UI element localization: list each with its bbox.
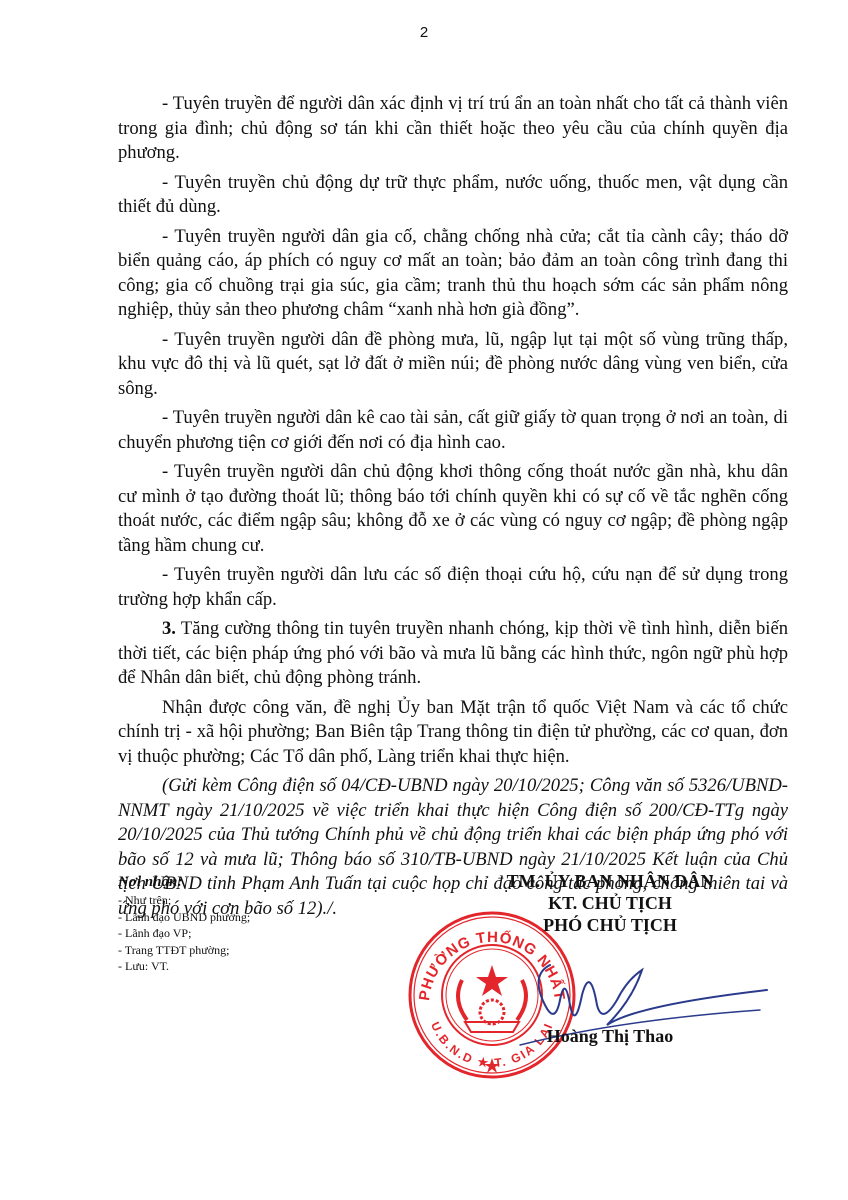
paragraph-text: Tăng cường thông tin tuyên truyền nhanh … [118, 618, 788, 688]
recipient-item: - Lưu: VT. [118, 958, 378, 975]
paragraph: - Tuyên truyền chủ động dự trữ thực phẩm… [118, 171, 788, 220]
paragraph: - Tuyên truyền người dân kê cao tài sản,… [118, 406, 788, 455]
signature-line-1: TM. ỦY BAN NHÂN DÂN [440, 870, 780, 892]
paragraph: - Tuyên truyền người dân chủ động khơi t… [118, 460, 788, 558]
paragraph: - Tuyên truyền người dân lưu các số điện… [118, 563, 788, 612]
recipient-item: - Như trên; [118, 892, 378, 909]
section-number: 3. [162, 618, 176, 639]
recipient-item: - Lãnh đạo VP; [118, 925, 378, 942]
signature-line-2: KT. CHỦ TỊCH [440, 892, 780, 914]
recipients-title: Nơi nhận: [118, 874, 378, 891]
recipient-item: - Trang TTĐT phường; [118, 942, 378, 959]
recipient-item: - Lãnh đạo UBND phường; [118, 909, 378, 926]
recipients-block: Nơi nhận: - Như trên; - Lãnh đạo UBND ph… [118, 874, 378, 975]
paragraph: - Tuyên truyền người dân gia cố, chằng c… [118, 225, 788, 323]
numbered-paragraph: 3. Tăng cường thông tin tuyên truyền nha… [118, 617, 788, 691]
signature-line-3: PHÓ CHỦ TỊCH [440, 914, 780, 936]
page-number: 2 [0, 24, 848, 41]
signature-block: TM. ỦY BAN NHÂN DÂN KT. CHỦ TỊCH PHÓ CHỦ… [440, 870, 780, 936]
paragraph: - Tuyên truyền người dân đề phòng mưa, l… [118, 328, 788, 402]
document-body: - Tuyên truyền để người dân xác định vị … [118, 92, 788, 926]
paragraph: Nhận được công văn, đề nghị Ủy ban Mặt t… [118, 696, 788, 770]
paragraph: - Tuyên truyền để người dân xác định vị … [118, 92, 788, 166]
signer-name: Hoàng Thị Thao [440, 1025, 780, 1047]
